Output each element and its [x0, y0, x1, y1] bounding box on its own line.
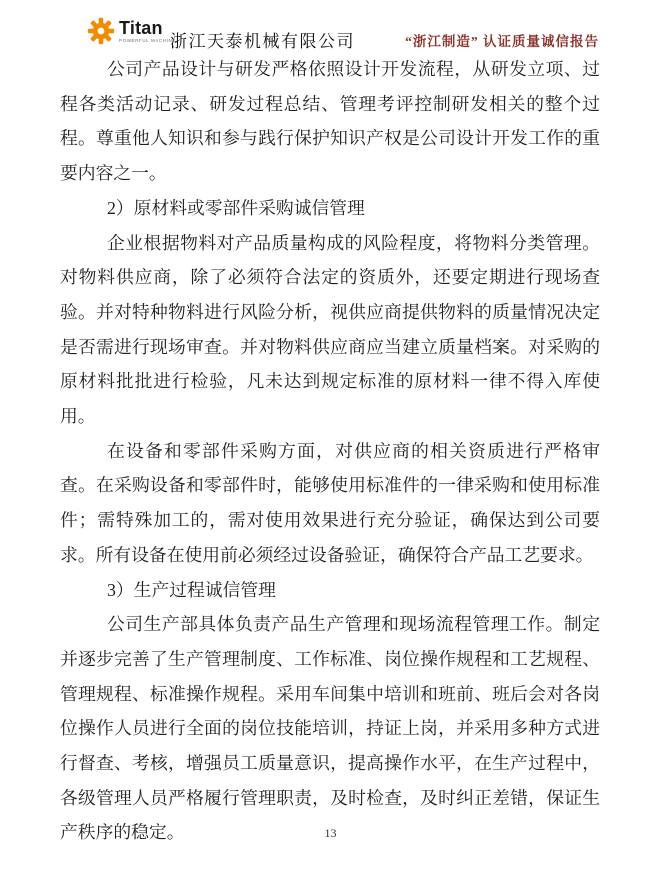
company-logo: Titan POWERFUL MACHINE	[87, 17, 176, 45]
body-paragraph-production-mgmt: 公司生产部具体负责产品生产管理和现场流程管理工作。制定并逐步完善了生产管理制度、…	[60, 607, 600, 850]
body-paragraph-material-risk: 企业根据物料对产品质量构成的风险程度，将物料分类管理。对物料供应商，除了必须符合…	[60, 226, 600, 434]
brand-name: Titan	[119, 19, 176, 37]
report-title: “浙江制造” 认证质量诚信报告	[405, 30, 599, 50]
brand-tagline: POWERFUL MACHINE	[119, 39, 176, 44]
company-name: 浙江天泰机械有限公司	[170, 27, 355, 52]
page-footer: 13	[0, 824, 661, 842]
page-number: 13	[325, 826, 337, 840]
body-paragraph-equipment-parts: 在设备和零部件采购方面，对供应商的相关资质进行严格审查。在采购设备和零部件时，能…	[60, 434, 600, 573]
document-body: 公司产品设计与研发严格依照设计开发流程，从研发立项、过程各类活动记录、研发过程总…	[60, 52, 600, 850]
logo-text: Titan POWERFUL MACHINE	[119, 19, 176, 43]
document-page: Titan POWERFUL MACHINE 浙江天泰机械有限公司 “浙江制造”…	[0, 0, 661, 878]
body-paragraph-design-rd: 公司产品设计与研发严格依照设计开发流程，从研发立项、过程各类活动记录、研发过程总…	[60, 52, 600, 191]
gear-icon	[87, 17, 115, 45]
section-heading-procurement: 2）原材料或零部件采购诚信管理	[60, 191, 600, 226]
section-heading-production: 3）生产过程诚信管理	[60, 573, 600, 608]
